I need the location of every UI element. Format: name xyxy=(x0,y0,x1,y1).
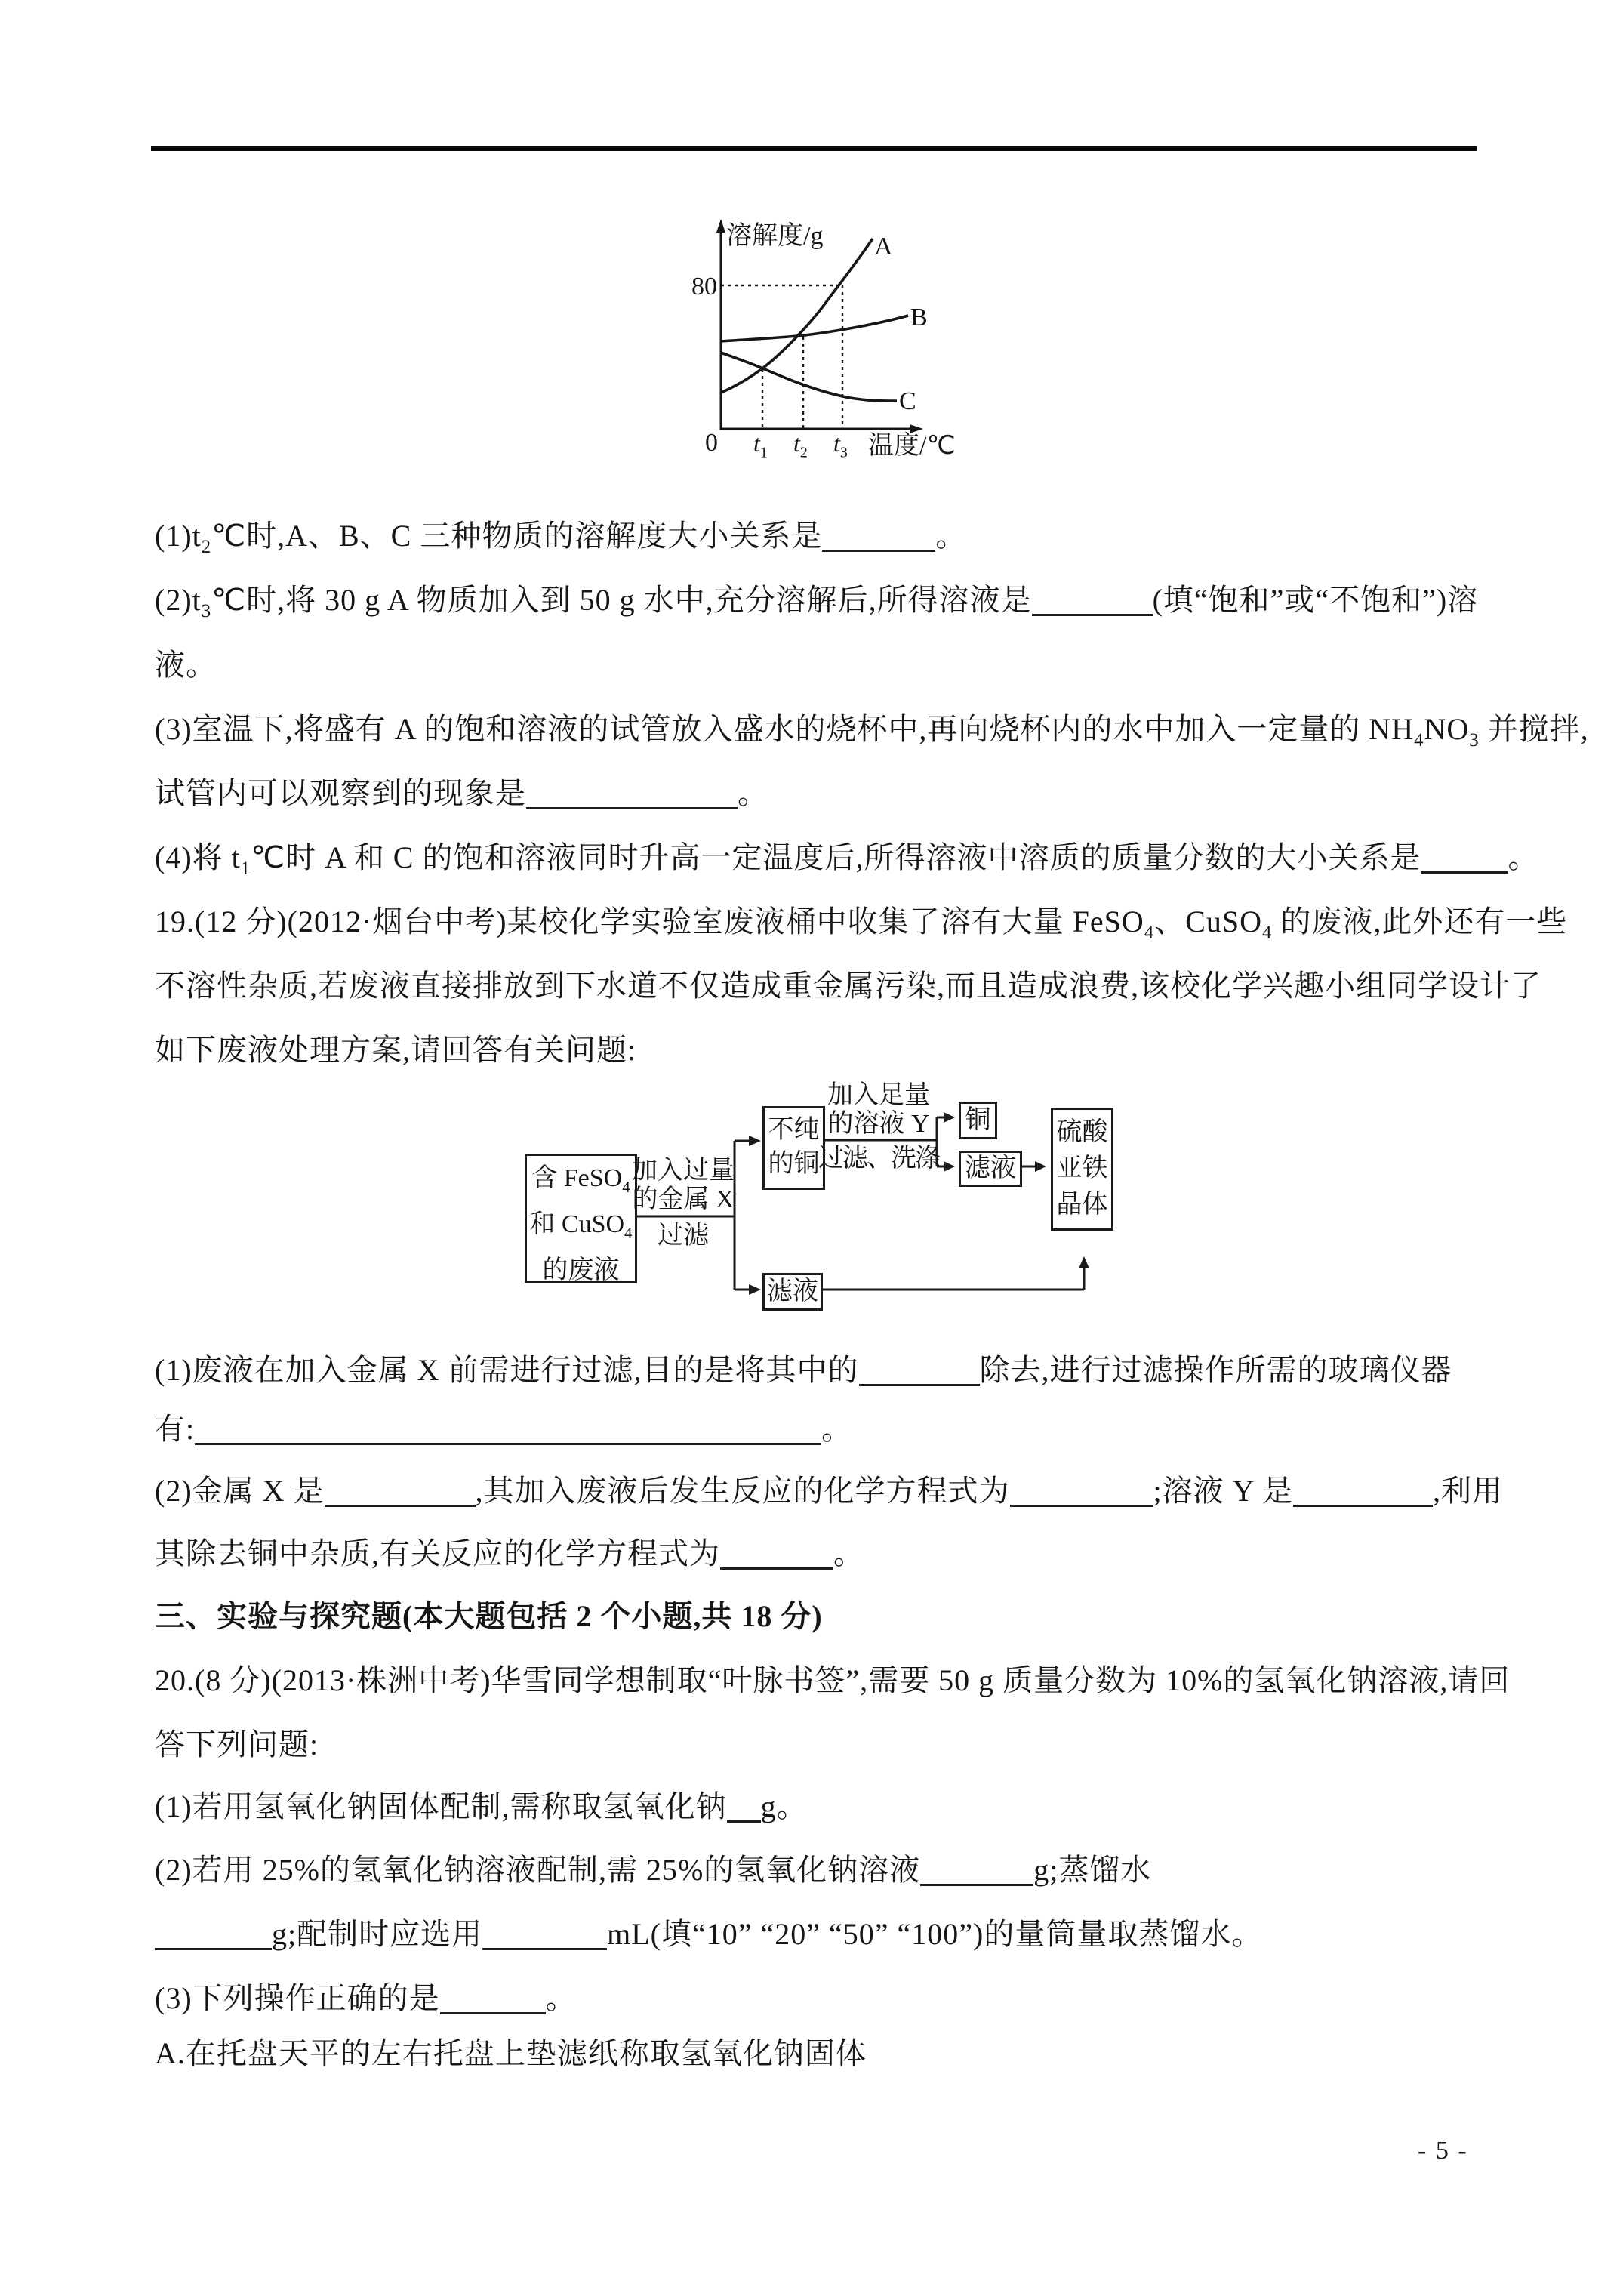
answer-blank xyxy=(1032,585,1153,616)
q18-sub3-cont: 试管内可以观察到的现象是。 xyxy=(155,775,768,812)
section-3-heading: 三、实验与探究题(本大题包括 2 个小题,共 18 分) xyxy=(155,1598,823,1635)
flow-box-copper: 铜 xyxy=(959,1102,997,1139)
curve-B xyxy=(721,316,908,341)
solubility-chart: 溶解度/g 80 0 t1 t2 t3 温度/℃ A B C xyxy=(642,204,1019,468)
flow-box-ferrous-sulfate-crystal: 硫酸 亚铁 晶体 xyxy=(1051,1108,1113,1231)
flow-box-filtrate-bottom: 滤液 xyxy=(762,1273,823,1311)
arrow-to-filtrate-top-icon xyxy=(944,1161,955,1172)
chart-tick-t1: t1 xyxy=(753,431,768,461)
arrow-to-crystal-icon xyxy=(1035,1161,1046,1172)
q19-sub1-cont: 有:。 xyxy=(155,1410,852,1448)
answer-blank xyxy=(195,1414,821,1445)
q20-sub2: (2)若用 25%的氢氧化钠溶液配制,需 25%的氢氧化钠溶液g;蒸馏水 xyxy=(155,1851,1151,1889)
q20-sub2-cont: g;配制时应选用mL(填“10” “20” “50” “100”)的量筒量取蒸馏… xyxy=(155,1915,1262,1953)
answer-blank xyxy=(822,521,935,552)
q19-stem-1: 19.(12 分)(2012·烟台中考)某校化学实验室废液桶中收集了溶有大量 F… xyxy=(155,903,1567,945)
answer-blank xyxy=(482,1919,607,1950)
flow-box-filtrate-top: 滤液 xyxy=(959,1151,1022,1187)
q19-stem-2: 不溶性杂质,若废液直接排放到下水道不仅造成重金属污染,而且造成浪费,该校化学兴趣… xyxy=(155,967,1541,1005)
answer-blank xyxy=(720,1539,833,1570)
q19-stem-3: 如下废液处理方案,请回答有关问题: xyxy=(155,1031,636,1069)
q18-sub3: (3)室温下,将盛有 A 的饱和溶液的试管放入盛水的烧杯中,再向烧杯内的水中加入… xyxy=(155,710,1589,753)
answer-blank xyxy=(1010,1476,1153,1507)
arrow-to-copper-icon xyxy=(944,1112,955,1123)
chart-tick-t2: t2 xyxy=(793,431,808,461)
chart-x-axis-label: 温度/℃ xyxy=(868,433,956,459)
flow-step2-label: 加入足量 的溶液 Y xyxy=(821,1081,937,1139)
q18-sub1: (1)t2℃时,A、B、C 三种物质的溶解度大小关系是。 xyxy=(155,517,966,559)
solubility-chart-canvas xyxy=(642,204,1019,468)
curve-B-label: B xyxy=(910,305,928,331)
arrow-to-filtrate-bottom-icon xyxy=(749,1284,761,1295)
chart-y-tick-80: 80 xyxy=(685,274,717,300)
answer-blank xyxy=(440,1983,546,2014)
flow-step1-below-label: 过滤 xyxy=(631,1222,735,1250)
chart-y-axis-label: 溶解度/g xyxy=(726,223,823,249)
chart-origin-label: 0 xyxy=(705,430,718,456)
q20-stem-2: 答下列问题: xyxy=(155,1726,319,1764)
answer-blank xyxy=(859,1355,980,1386)
flow-step1-label: 加入过量 的金属 X xyxy=(631,1157,735,1214)
y-axis-arrow-icon xyxy=(716,219,725,233)
q19-sub1: (1)废液在加入金属 X 前需进行过滤,目的是将其中的除去,进行过滤操作所需的玻… xyxy=(155,1351,1452,1389)
treatment-flowchart: 含 FeSO4 和 CuSO4 的废液 加入过量 的金属 X 过滤 不纯 的铜 … xyxy=(468,1072,1147,1344)
answer-blank xyxy=(1421,843,1508,874)
curve-A xyxy=(721,239,873,393)
curve-C-label: C xyxy=(899,389,916,415)
q19-sub2: (2)金属 X 是,其加入废液后发生反应的化学方程式为;溶液 Y 是,利用 xyxy=(155,1472,1503,1510)
chart-tick-t3: t3 xyxy=(833,431,848,461)
q20-option-a: A.在托盘天平的左右托盘上垫滤纸称取氢氧化钠固体 xyxy=(155,2035,867,2073)
answer-blank xyxy=(920,1855,1033,1886)
top-divider-rule xyxy=(151,146,1477,151)
arrow-up-to-crystal-icon xyxy=(1079,1256,1089,1268)
answer-blank xyxy=(727,1792,761,1823)
curve-A-label: A xyxy=(874,234,893,260)
q20-sub1: (1)若用氢氧化钠固体配制,需称取氢氧化钠g。 xyxy=(155,1788,808,1826)
answer-blank xyxy=(1293,1476,1433,1507)
page-number: - 5 - xyxy=(1418,2137,1468,2165)
flow-box-waste-liquid: 含 FeSO4 和 CuSO4 的废液 xyxy=(525,1154,637,1283)
answer-blank xyxy=(526,778,738,809)
flow-step2-below-label: 过滤、洗涤 xyxy=(815,1145,942,1173)
arrow-to-impure-copper-icon xyxy=(749,1136,761,1146)
answer-blank xyxy=(325,1476,476,1507)
q18-sub2-cont: 液。 xyxy=(155,646,217,684)
answer-blank xyxy=(155,1919,272,1950)
curve-C xyxy=(721,353,897,401)
exam-page: { "page": { "number_label": "- 5 -" }, "… xyxy=(0,0,1623,2296)
q18-sub4: (4)将 t1℃时 A 和 C 的饱和溶液同时升高一定温度后,所得溶液中溶质的质… xyxy=(155,839,1538,881)
q19-sub2-cont: 其除去铜中杂质,有关反应的化学方程式为。 xyxy=(155,1535,864,1573)
q20-sub3: (3)下列操作正确的是。 xyxy=(155,1980,577,2017)
q18-sub2: (2)t3℃时,将 30 g A 物质加入到 50 g 水中,充分溶解后,所得溶… xyxy=(155,581,1478,624)
q20-stem-1: 20.(8 分)(2013·株洲中考)华雪同学想制取“叶脉书签”,需要 50 g… xyxy=(155,1662,1510,1700)
